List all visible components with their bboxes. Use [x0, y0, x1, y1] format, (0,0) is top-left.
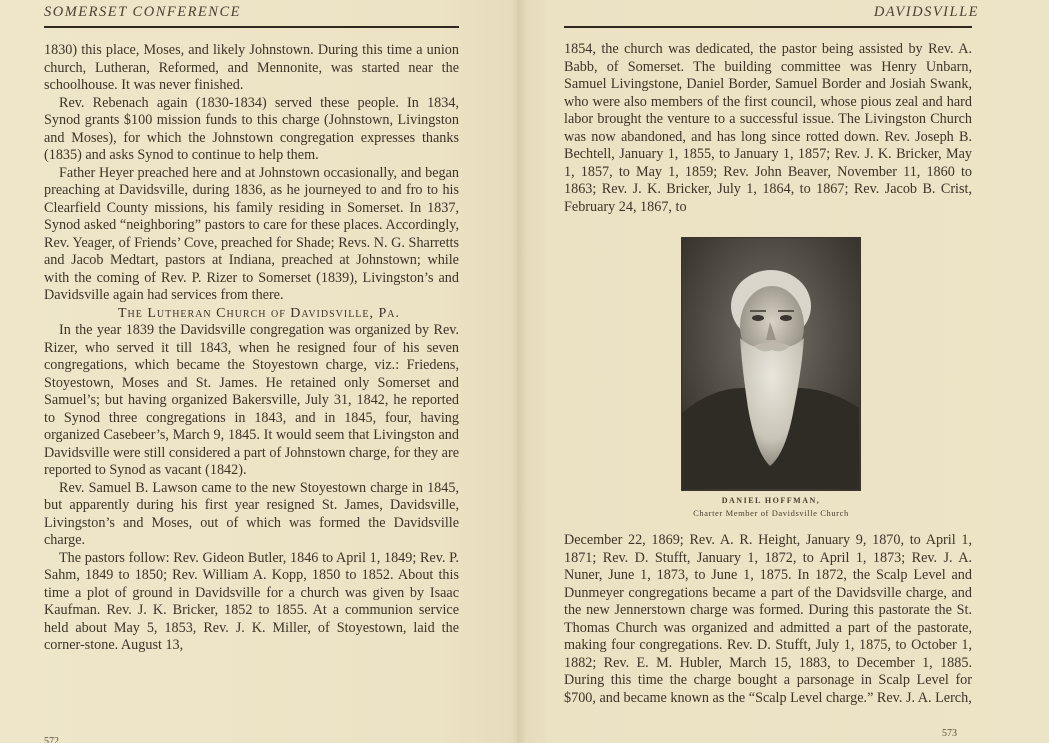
book-spread: SOMERSET CONFERENCE 1830) this place, Mo…	[0, 0, 1049, 743]
book-gutter	[512, 0, 526, 743]
paragraph: 1854, the church was dedicated, the past…	[564, 41, 972, 216]
right-page-body-bottom: December 22, 1869; Rev. A. R. Height, Ja…	[564, 532, 972, 707]
caption-name: DANIEL HOFFMAN,	[649, 495, 893, 507]
running-head-right: DAVIDSVILLE	[874, 4, 979, 21]
caption-subtitle: Charter Member of Davidsville Church	[649, 507, 893, 519]
right-page-body-top: 1854, the church was dedicated, the past…	[564, 41, 972, 216]
paragraph: The pastors follow: Rev. Gideon Butler, …	[44, 550, 459, 655]
paragraph: December 22, 1869; Rev. A. R. Height, Ja…	[564, 532, 972, 707]
right-page: DAVIDSVILLE 1854, the church was dedicat…	[517, 0, 1049, 743]
left-page-body: 1830) this place, Moses, and likely John…	[44, 42, 459, 655]
header-rule-right	[564, 26, 972, 28]
paragraph: Father Heyer preached here and at Johnst…	[44, 165, 459, 305]
left-page: SOMERSET CONFERENCE 1830) this place, Mo…	[0, 0, 517, 743]
section-title: The Lutheran Church of Davidsville, Pa.	[44, 305, 459, 323]
running-head-left: SOMERSET CONFERENCE	[44, 4, 241, 21]
figure-caption: DANIEL HOFFMAN, Charter Member of Davids…	[649, 495, 893, 519]
paragraph: Rev. Samuel B. Lawson came to the new St…	[44, 480, 459, 550]
header-rule-left	[44, 26, 459, 28]
portrait-illustration	[682, 238, 859, 489]
paragraph: Rev. Rebenach again (1830-1834) served t…	[44, 95, 459, 165]
paragraph: 1830) this place, Moses, and likely John…	[44, 42, 459, 95]
portrait-photo-icon	[681, 237, 861, 491]
page-number-right: 573	[942, 728, 957, 739]
page-number-left: 572	[44, 736, 59, 743]
paragraph: In the year 1839 the Davidsville congreg…	[44, 322, 459, 480]
